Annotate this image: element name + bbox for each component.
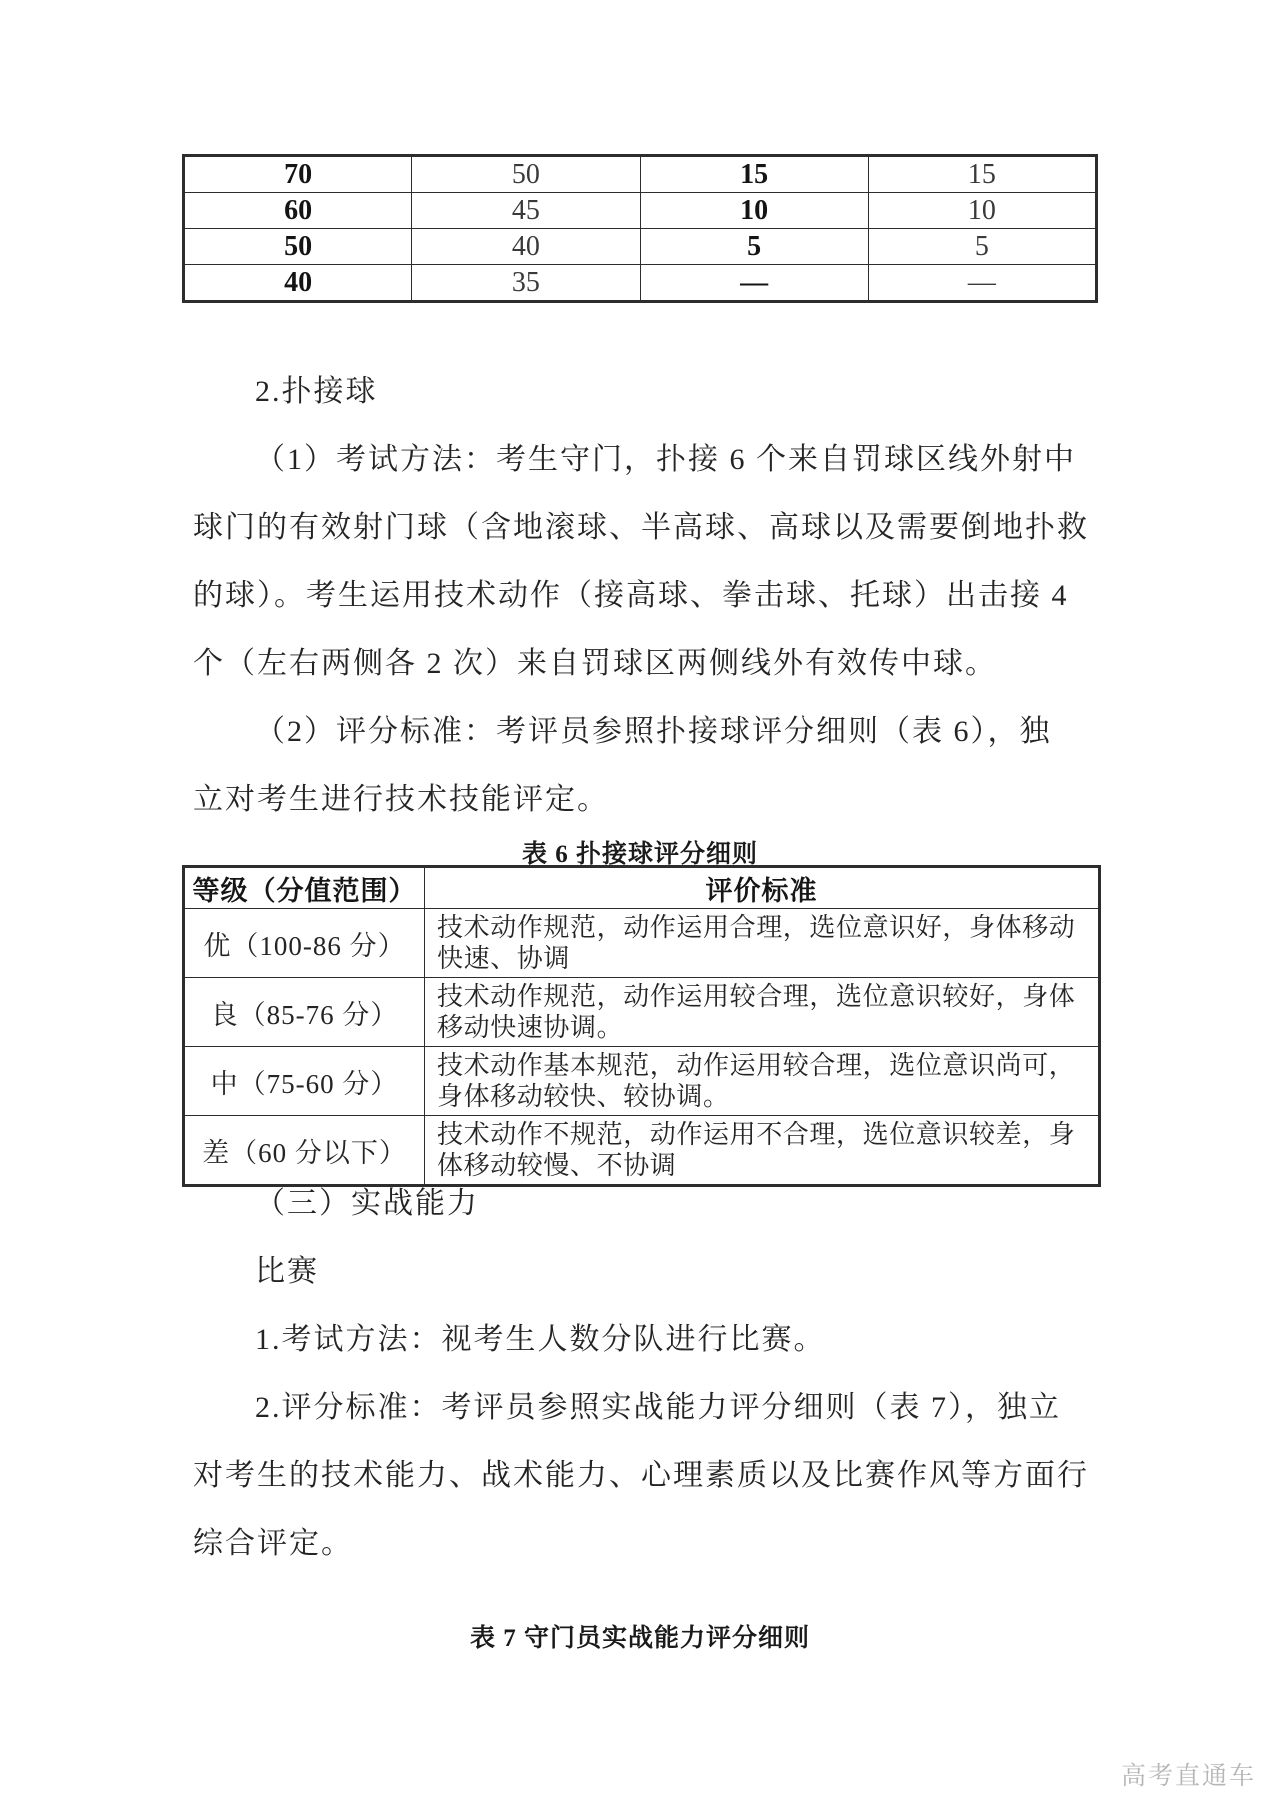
- score-cell: 40: [184, 265, 412, 302]
- grade-cell: 优（100-86 分）: [184, 909, 425, 978]
- table-row: 优（100-86 分） 技术动作规范，动作运用合理，选位意识好，身体移动快速、协…: [184, 909, 1100, 978]
- grade-cell: 良（85-76 分）: [184, 978, 425, 1047]
- section-heading: （三）实战能力: [255, 1187, 479, 1221]
- score-cell: —: [868, 265, 1096, 302]
- score-table: 70 50 15 15 60 45 10 10 50 40 5 5 40 35 …: [182, 154, 1098, 303]
- table-header-row: 等级（分值范围） 评价标准: [184, 867, 1100, 909]
- score-cell: 10: [640, 193, 868, 229]
- criteria-cell: 技术动作规范，动作运用较合理，选位意识较好，身体移动快速协调。: [425, 978, 1100, 1047]
- table7-caption: 表 7 守门员实战能力评分细则: [182, 1618, 1098, 1654]
- table-row: 60 45 10 10: [184, 193, 1097, 229]
- score-cell: —: [640, 265, 868, 302]
- score-cell: 45: [412, 193, 640, 229]
- table-row: 良（85-76 分） 技术动作规范，动作运用较合理，选位意识较好，身体移动快速协…: [184, 978, 1100, 1047]
- table-row: 40 35 — —: [184, 265, 1097, 302]
- grade-cell: 差（60 分以下）: [184, 1116, 425, 1186]
- body-line: 2.评分标准：考评员参照实战能力评分细则（表 7），独立: [255, 1391, 1061, 1425]
- table-row: 70 50 15 15: [184, 156, 1097, 193]
- body-line: （1）考试方法：考生守门，扑接 6 个来自罚球区线外射中: [255, 443, 1076, 477]
- body-line: 立对考生进行技术技能评定。: [193, 783, 609, 817]
- document-page: 70 50 15 15 60 45 10 10 50 40 5 5 40 35 …: [0, 0, 1280, 1810]
- grade-cell: 中（75-60 分）: [184, 1047, 425, 1116]
- score-cell: 70: [184, 156, 412, 193]
- score-cell: 60: [184, 193, 412, 229]
- body-line: （2）评分标准：考评员参照扑接球评分细则（表 6），独: [255, 715, 1052, 749]
- sub-heading: 比赛: [255, 1255, 319, 1289]
- section-heading: 2.扑接球: [255, 375, 378, 409]
- criteria-cell: 技术动作规范，动作运用合理，选位意识好，身体移动快速、协调: [425, 909, 1100, 978]
- table-row: 50 40 5 5: [184, 229, 1097, 265]
- score-cell: 50: [412, 156, 640, 193]
- body-line: 个（左右两侧各 2 次）来自罚球区两侧线外有效传中球。: [193, 647, 997, 681]
- body-line: 球门的有效射门球（含地滚球、半高球、高球以及需要倒地扑救: [193, 511, 1089, 545]
- score-cell: 40: [412, 229, 640, 265]
- criteria-cell: 技术动作基本规范，动作运用较合理，选位意识尚可，身体移动较快、较协调。: [425, 1047, 1100, 1116]
- score-cell: 50: [184, 229, 412, 265]
- score-cell: 15: [868, 156, 1096, 193]
- score-cell: 5: [640, 229, 868, 265]
- body-line: 1.考试方法：视考生人数分队进行比赛。: [255, 1323, 826, 1357]
- column-header: 评价标准: [425, 867, 1100, 909]
- column-header: 等级（分值范围）: [184, 867, 425, 909]
- table-row: 差（60 分以下） 技术动作不规范，动作运用不合理，选位意识较差，身体移动较慢、…: [184, 1116, 1100, 1186]
- score-cell: 35: [412, 265, 640, 302]
- body-line: 的球）。考生运用技术动作（接高球、拳击球、托球）出击接 4: [193, 579, 1069, 613]
- score-cell: 15: [640, 156, 868, 193]
- body-line: 对考生的技术能力、战术能力、心理素质以及比赛作风等方面行: [193, 1459, 1089, 1493]
- criteria-cell: 技术动作不规范，动作运用不合理，选位意识较差，身体移动较慢、不协调: [425, 1116, 1100, 1186]
- score-cell: 10: [868, 193, 1096, 229]
- score-cell: 5: [868, 229, 1096, 265]
- rubric-table: 等级（分值范围） 评价标准 优（100-86 分） 技术动作规范，动作运用合理，…: [182, 865, 1101, 1187]
- table-row: 中（75-60 分） 技术动作基本规范，动作运用较合理，选位意识尚可，身体移动较…: [184, 1047, 1100, 1116]
- body-line: 综合评定。: [193, 1527, 353, 1561]
- watermark-text: 高考直通车: [1121, 1756, 1256, 1792]
